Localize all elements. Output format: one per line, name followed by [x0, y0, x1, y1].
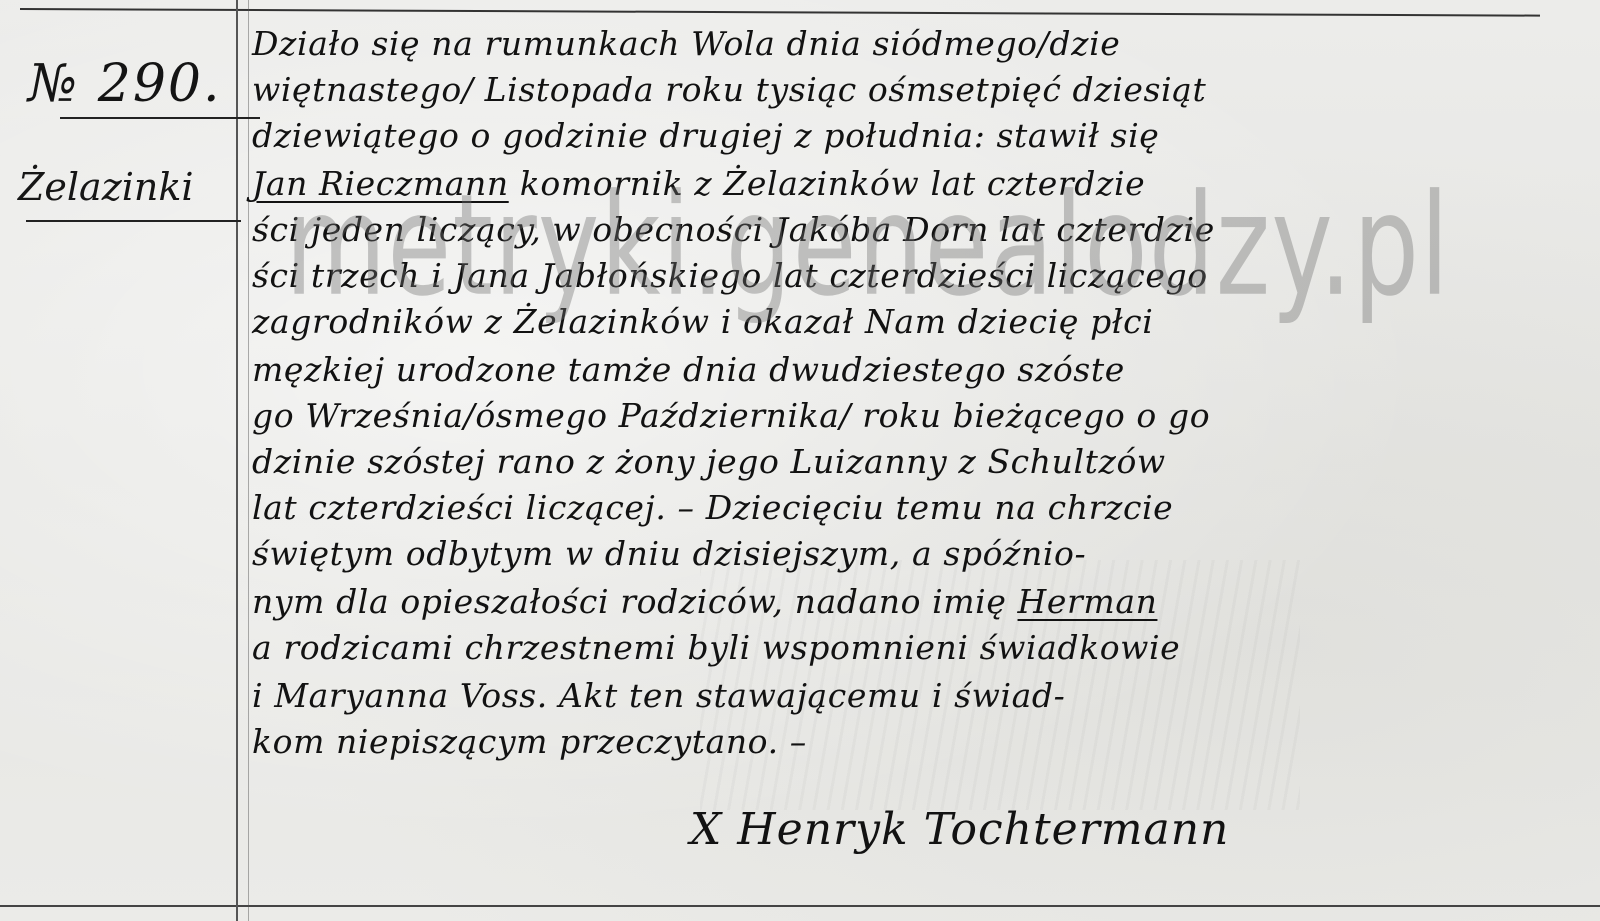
bottom-rule-line	[0, 905, 1600, 907]
signature: X Henryk Tochtermann	[690, 808, 1229, 852]
scanned-document-page: № 290. Żelazinki Działo się na rumunkach…	[0, 0, 1600, 921]
margin-rule-line	[236, 0, 238, 921]
record-line-14: a rodzicami chrzestnemi byli wspomnieni …	[252, 626, 1180, 670]
record-line-15: i Maryanna Voss. Akt ten stawającemu i ś…	[252, 674, 1065, 718]
record-line-16: kom niepiszącym przeczytano. –	[252, 720, 807, 764]
record-line-11: lat czterdzieści liczącej. – Dziecięciu …	[252, 486, 1173, 530]
margin-rule-line-secondary	[248, 0, 249, 921]
underlined-name: Jan Rieczmann	[252, 164, 509, 203]
record-line-3: dziewiątego o godzinie drugiej z południ…	[252, 114, 1159, 158]
record-place-underline	[26, 220, 241, 222]
record-line-6: ści trzech i Jana Jabłońskiego lat czter…	[252, 254, 1208, 298]
record-line-10: dzinie szóstej rano z żony jego Luizanny…	[252, 440, 1166, 484]
record-line-9: go Września/ósmego Października/ roku bi…	[252, 394, 1210, 438]
record-place: Żelazinki	[18, 168, 194, 206]
record-line-4: Jan Rieczmann komornik z Żelazinków lat …	[252, 162, 1145, 206]
record-line-2: więtnastego/ Listopada roku tysiąc ośmse…	[252, 68, 1206, 112]
record-line-13: nym dla opieszałości rodziców, nadano im…	[252, 580, 1157, 624]
record-line-8: męzkiej urodzone tamże dnia dwudziestego…	[252, 348, 1125, 392]
record-number: № 290.	[28, 58, 222, 110]
record-line-1: Działo się na rumunkach Wola dnia siódme…	[252, 22, 1120, 66]
record-line-7: zagrodników z Żelazinków i okazał Nam dz…	[252, 300, 1153, 344]
record-line-5: ści jeden liczący, w obecności Jakóba Do…	[252, 208, 1215, 252]
record-line-12: świętym odbytym w dniu dzisiejszym, a sp…	[252, 532, 1086, 576]
record-number-underline	[60, 117, 260, 119]
underlined-name: Herman	[1018, 582, 1158, 621]
